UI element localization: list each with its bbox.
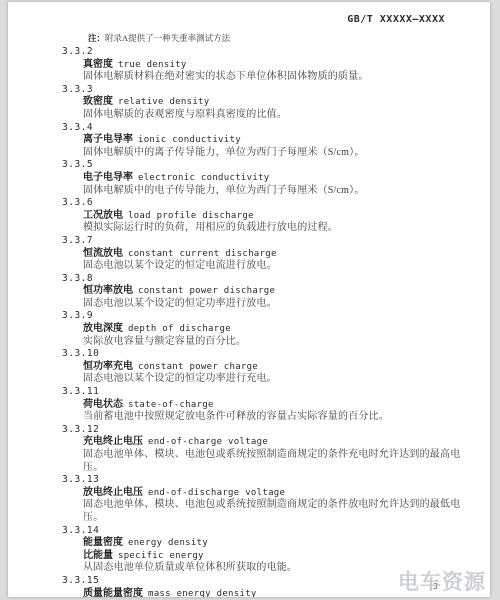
term-english: energy density [128,538,208,548]
note-label: 注： [88,33,105,43]
term-line: 离子电导率ionic conductivity [62,134,476,147]
term-chinese: 能量密度 [83,537,123,548]
term-chinese: 放电深度 [83,323,123,334]
term-line: 能量密度energy density [62,537,476,550]
definition-entry: 3.3.4 离子电导率ionic conductivity固体电解质中的离子传导… [62,122,476,160]
definition-entry: 3.3.2 真密度true density固体电解质材料在绝对密实的状态下单位体… [62,46,476,84]
section-number: 3.3.12 [62,424,476,437]
note-text: 附录A提供了一种失重率测试方法 [105,33,230,43]
section-number: 3.3.10 [62,348,476,361]
definition-text: 固态电池单体、模块、电池包或系统按照制造商规定的条件充电时允许达到的最高电压。 [62,449,476,474]
term-english: constant power discharge [138,286,275,296]
term-chinese: 恒功率放电 [83,285,133,296]
watermark-text: 电车资源 [398,566,486,596]
term-line: 放电终止电压end-of-discharge voltage [62,487,476,500]
term-line: 放电深度depth of discharge [62,323,476,336]
note-line: 注：附录A提供了一种失重率测试方法 [62,32,476,45]
definition-entry: 3.3.5 电子电导率electronic conductivity固体电解质中… [62,159,476,197]
term-line: 荷电状态state-of-charge [62,399,476,412]
term-chinese: 电子电导率 [83,172,133,183]
section-number: 3.3.7 [62,235,476,248]
term-english: end-of-charge voltage [148,437,268,447]
term-chinese: 真密度 [83,59,113,70]
document-body: 注：附录A提供了一种失重率测试方法 3.3.2 真密度true density固… [62,32,476,597]
definition-text: 实际放电容量与额定容量的百分比。 [62,336,476,349]
definition-entry: 3.3.12 充电终止电压end-of-charge voltage固态电池单体… [62,424,476,474]
section-number: 3.3.14 [62,525,476,538]
term-english: ionic conductivity [138,135,241,145]
term-line: 比能量specific energy [62,550,476,563]
definition-entry: 3.3.9 放电深度depth of discharge实际放电容量与额定容量的… [62,310,476,348]
term-line: 恒功率放电constant power discharge [62,285,476,298]
term-line: 恒流放电constant current discharge [62,248,476,261]
definition-entry: 3.3.13 放电终止电压end-of-discharge voltage固态电… [62,474,476,524]
term-chinese: 恒流放电 [83,248,123,259]
definition-entry: 3.3.3 致密度relative density固体电解质的表观密度与原料真密… [62,84,476,122]
term-chinese: 致密度 [83,96,113,107]
standard-number-header: GB/T XXXXX—XXXX [347,14,445,25]
scanned-document-viewport: { "page": { "header": "GB/T XXXXX—XXXX",… [0,0,500,600]
definition-entry: 3.3.11 荷电状态state-of-charge当前蓄电池中按照规定放电条件… [62,386,476,424]
term-english: end-of-discharge voltage [148,488,285,498]
term-english: state-of-charge [128,400,214,410]
term-english: mass energy density [148,589,257,597]
term-english: true density [118,60,187,70]
section-number: 3.3.5 [62,159,476,172]
terms-and-definitions-list: 3.3.2 真密度true density固体电解质材料在绝对密实的状态下单位体… [62,46,476,597]
document-page: GB/T XXXXX—XXXX 注：附录A提供了一种失重率测试方法 3.3.2 … [8,2,490,597]
definition-text: 固态电池以某个设定的恒定功率进行放电。 [62,298,476,311]
term-line: 电子电导率electronic conductivity [62,172,476,185]
definition-text: 模拟实际运行时的负荷，用相应的负载进行放电的过程。 [62,222,476,235]
definition-entry: 3.3.8 恒功率放电constant power discharge固态电池以… [62,273,476,311]
section-number: 3.3.13 [62,474,476,487]
definition-text: 固态电池以某个设定的恒定功率进行充电。 [62,373,476,386]
definition-text: 固体电解质中的离子传导能力，单位为西门子每厘米（S/cm）。 [62,147,476,160]
term-line: 真密度true density [62,59,476,72]
definition-text: 固态电池单体、模块、电池包或系统按照制造商规定的条件放电时允许达到的最低电压。 [62,499,476,524]
term-chinese: 质量能量密度 [83,588,143,597]
term-chinese: 恒功率充电 [83,361,133,372]
term-chinese: 离子电导率 [83,134,133,145]
section-number: 3.3.8 [62,273,476,286]
term-chinese: 充电终止电压 [83,436,143,447]
term-chinese: 放电终止电压 [83,487,143,498]
term-english: constant power charge [138,362,258,372]
definition-entry: 3.3.6 工况放电load profile discharge模拟实际运行时的… [62,197,476,235]
section-number: 3.3.6 [62,197,476,210]
term-english: load profile discharge [128,211,254,221]
term-english: relative density [118,97,210,107]
term-chinese: 荷电状态 [83,399,123,410]
term-english: depth of discharge [128,324,231,334]
definition-text: 固体电解质中的电子传导能力，单位为西门子每厘米（S/cm）。 [62,185,476,198]
definition-entry: 3.3.7 恒流放电constant current discharge固态电池… [62,235,476,273]
section-number: 3.3.11 [62,386,476,399]
term-line: 工况放电load profile discharge [62,210,476,223]
section-number: 3.3.2 [62,46,476,59]
section-number: 3.3.3 [62,84,476,97]
definition-entry: 3.3.10 恒功率充电constant power charge固态电池以某个… [62,348,476,386]
section-number: 3.3.4 [62,122,476,135]
section-number: 3.3.9 [62,310,476,323]
term-line: 充电终止电压end-of-charge voltage [62,436,476,449]
definition-text: 固体电解质材料在绝对密实的状态下单位体积固体物质的质量。 [62,71,476,84]
term-chinese: 工况放电 [83,210,123,221]
term-english: electronic conductivity [138,173,270,183]
term-chinese: 比能量 [83,550,113,561]
definition-text: 固体电解质的表观密度与原料真密度的比值。 [62,109,476,122]
term-english: specific energy [118,551,204,561]
term-english: constant current discharge [128,249,277,259]
term-line: 致密度relative density [62,96,476,109]
definition-text: 当前蓄电池中按照规定放电条件可释放的容量占实际容量的百分比。 [62,411,476,424]
term-line: 恒功率充电constant power charge [62,361,476,374]
definition-text: 固态电池以某个设定的恒定电流进行放电。 [62,260,476,273]
